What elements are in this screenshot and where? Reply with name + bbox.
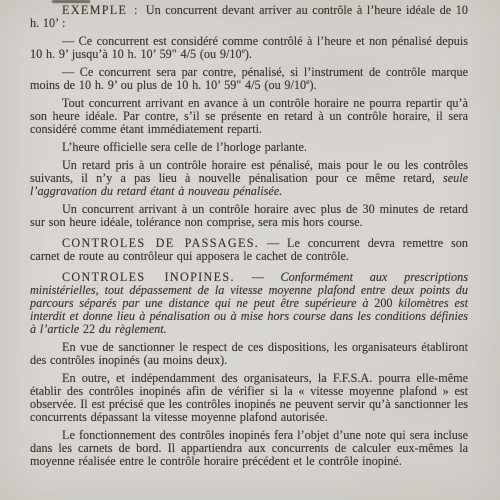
text-run: Le fonctionnement des contrôles inopinés… (30, 428, 468, 468)
text-run: 22 (83, 322, 95, 336)
text-run: 200 (374, 296, 392, 310)
text-run: Un concurrent arrivant à un contrôle hor… (30, 202, 468, 229)
paragraph-fonctionnement-note: Le fonctionnement des contrôles inopinés… (30, 429, 468, 468)
text-run: — Ce concurrent sera par contre, pénalis… (30, 65, 468, 92)
paragraph-retard-penalise: Un retard pris à un contrôle horaire est… (30, 159, 468, 198)
text-run: L’heure officielle sera celle de l’horlo… (62, 140, 307, 154)
text-run: ). (245, 47, 252, 61)
paragraph-exemple-item-1: — Ce concurrent est considéré comme cont… (30, 35, 468, 61)
text-run: du règlement. (95, 322, 167, 336)
paragraph-controles-de-passages: CONTROLES DE PASSAGES. — Le concurrent d… (30, 237, 468, 263)
text-run: ). (309, 78, 316, 92)
paragraph-exemple-item-2: — Ce concurrent sera par contre, pénalis… (30, 66, 468, 92)
run-in-heading: CONTROLES DE PASSAGES. (62, 236, 259, 250)
document-body: EXEMPLE : Un concurrent devant arriver a… (30, 4, 468, 473)
paragraph-heure-officielle: L’heure officielle sera celle de l’horlo… (30, 141, 468, 154)
paragraph-ffsa-controles: En outre, et indépendamment des organisa… (30, 372, 468, 424)
text-run: En vue de sanctionner le respect de ces … (30, 340, 468, 367)
scanned-document-page: EXEMPLE : Un concurrent devant arriver a… (0, 0, 500, 500)
run-in-heading: CONTROLES INOPINES. (62, 270, 235, 284)
text-run: — (235, 270, 281, 284)
paragraph-hors-course-30min: Un concurrent arrivant à un contrôle hor… (30, 203, 468, 229)
paragraph-avance-retard: Tout concurrent arrivant en avance à un … (30, 97, 468, 136)
paragraph-exemple-intro: EXEMPLE : Un concurrent devant arriver a… (30, 4, 468, 30)
text-run: Un retard pris à un contrôle horaire est… (30, 158, 468, 185)
paragraph-controles-inopines: CONTROLES INOPINES. — Conformément aux p… (30, 271, 468, 336)
run-in-heading: EXEMPLE : (62, 3, 146, 17)
text-run: Tout concurrent arrivant en avance à un … (30, 96, 468, 136)
text-run: En outre, et indépendamment des organisa… (30, 371, 468, 424)
paragraph-sanction-dispositions: En vue de sanctionner le respect de ces … (30, 341, 468, 367)
